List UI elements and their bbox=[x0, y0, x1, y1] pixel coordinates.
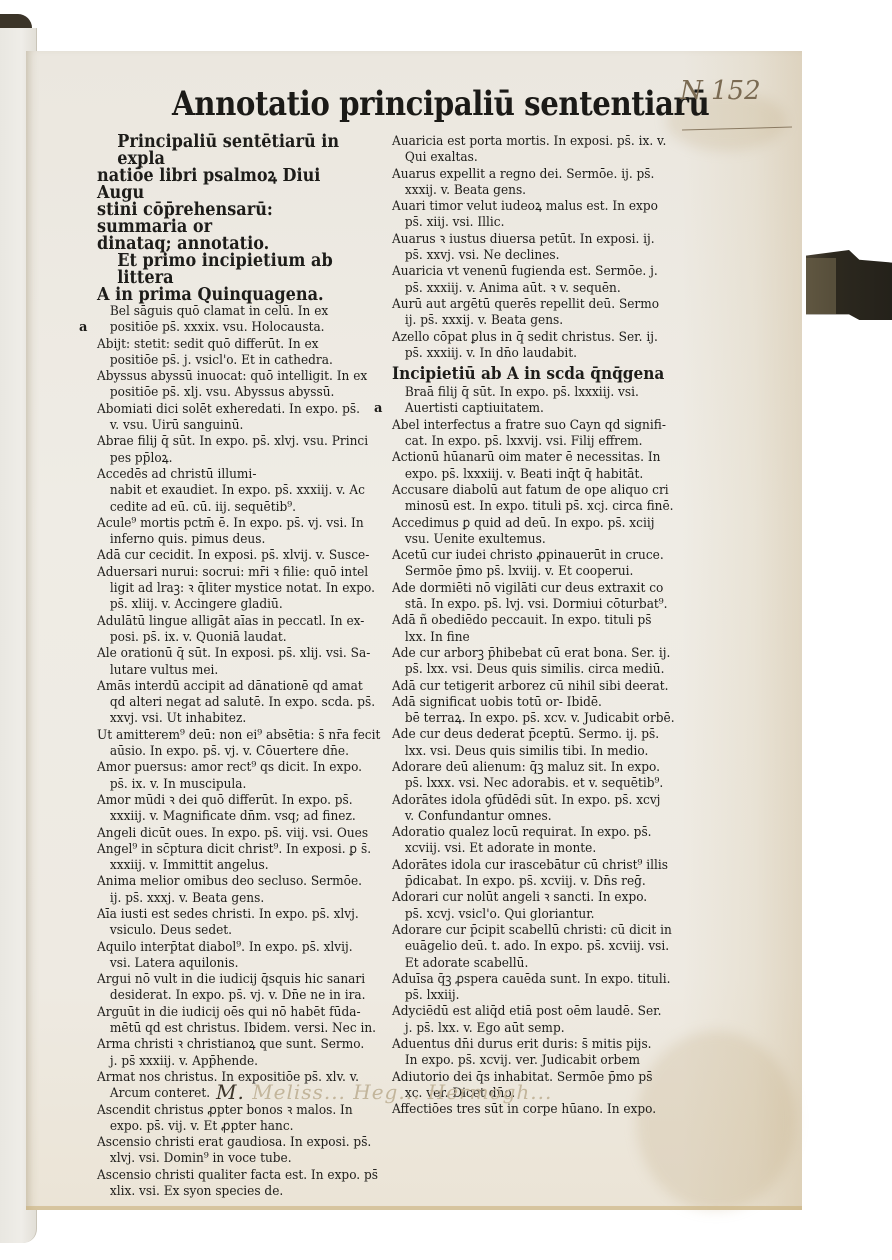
right-bottom-entries-list: aBraā filij q̄ sūt. In expo. ps̄. lxxxii… bbox=[392, 385, 667, 1118]
entry-first-line: Aduersari nurui: socrui: mr̄i ꝛ filie: q… bbox=[97, 565, 345, 581]
index-entry: Azello cōpat ꝑlus in q̄ sedit christus. … bbox=[392, 330, 667, 363]
index-entry: Argui nō vult in die iudicij q̄squis hic… bbox=[97, 972, 367, 1005]
left-entries-list: aBel sāguis quō clamat in celū. In expos… bbox=[97, 304, 367, 1200]
entry-continuation-line: xxxiij. v. Immittit angelus. bbox=[97, 858, 345, 874]
entry-continuation-line: ps̄. lxxiij. bbox=[392, 988, 645, 1004]
entry-first-line: Adyciēdū est aliq̄d etiā post oēm laudē.… bbox=[392, 1004, 645, 1020]
entry-continuation-line: lxx. vsi. Deus quis similis tibi. In med… bbox=[392, 744, 645, 760]
index-entry: Adā cur tetigerit arborez cū nihil sibi … bbox=[392, 679, 667, 695]
index-entry: aBraā filij q̄ sūt. In expo. ps̄. lxxxii… bbox=[392, 385, 667, 418]
left-column: Principaliū sentētiarū in expla natiōe l… bbox=[97, 134, 367, 1200]
entry-continuation-line: xxvj. vsi. Ut inhabitez. bbox=[97, 711, 345, 727]
index-entry: Arma christi ꝛ christianoꝝ que sunt. Ser… bbox=[97, 1037, 367, 1070]
index-entry: Aīa iusti est sedes christi. In expo. ps… bbox=[97, 907, 367, 940]
entry-continuation-line: vsi. Latera aquilonis. bbox=[97, 956, 345, 972]
entry-first-line: Aduīsa q̄ꝫ ꝓspera cauēda sunt. In expo. … bbox=[392, 972, 645, 988]
entry-continuation-line: lutare vultus mei. bbox=[97, 663, 345, 679]
entry-continuation-line: xlvj. vsi. Domin⁹ in voce tube. bbox=[97, 1151, 345, 1167]
index-entry: Adorātes idola cur irascebātur cū christ… bbox=[392, 858, 667, 891]
index-entry: Abyssus abyssū inuocat: quō intelligit. … bbox=[97, 369, 367, 402]
entry-first-line: Azello cōpat ꝑlus in q̄ sedit christus. … bbox=[392, 330, 645, 346]
entry-first-line: Bel sāguis quō clamat in celū. In ex bbox=[97, 304, 345, 320]
index-entry: Angeli dicūt oues. In expo. ps̄. viij. v… bbox=[97, 826, 367, 842]
index-entry: Aduentus dn̄i durus erit duris: s̄ mitis… bbox=[392, 1037, 667, 1070]
entry-continuation-line: lxx. In fine bbox=[392, 630, 645, 646]
entry-continuation-line: ps̄. ix. v. In muscipula. bbox=[97, 777, 345, 793]
entry-first-line: Ale orationū q̄ sūt. In exposi. ps̄. xli… bbox=[97, 646, 345, 662]
entry-continuation-line: positiōe ps̄. xxxix. vsu. Holocausta. bbox=[97, 320, 345, 336]
entry-first-line: Ascensio christi qualiter facta est. In … bbox=[97, 1168, 345, 1184]
entry-continuation-line: xcviij. vsi. Et adorate in monte. bbox=[392, 841, 645, 857]
entry-first-line: Accusare diabolū aut fatum de ope aliquo… bbox=[392, 483, 645, 499]
entry-continuation-line: j. ps̄. lxx. v. Ego aūt semp. bbox=[392, 1021, 645, 1037]
entry-first-line: Aquilo interp̄tat diabol⁹. In expo. ps̄.… bbox=[97, 940, 345, 956]
entry-first-line: Braā filij q̄ sūt. In expo. ps̄. lxxxiij… bbox=[392, 385, 645, 401]
index-entry: Abel interfectus a fratre suo Cayn qd si… bbox=[392, 418, 667, 451]
entry-first-line: Acetū cur iudei christo ꝓpinauerūt in cr… bbox=[392, 548, 645, 564]
entry-continuation-line: euāgelio deū. t. ado. In expo. ps̄. xcvi… bbox=[392, 939, 645, 955]
entry-continuation-line: ps̄. xliij. v. Accingere gladiū. bbox=[97, 597, 345, 613]
index-entry: Abijt: stetit: sedit quō differūt. In ex… bbox=[97, 337, 367, 370]
entry-continuation-line: vsu. Uenite exultemus. bbox=[392, 532, 645, 548]
index-entry: Adā cur cecidit. In exposi. ps̄. xlvij. … bbox=[97, 548, 367, 564]
entry-continuation-line: Et adorate scabellū. bbox=[392, 956, 645, 972]
entry-first-line: Abijt: stetit: sedit quō differūt. In ex bbox=[97, 337, 345, 353]
entry-continuation-line: Auertisti captiuitatem. bbox=[392, 401, 645, 417]
entry-first-line: Ade cur arborꝫ p̄hibebat cū erat bona. S… bbox=[392, 646, 645, 662]
entry-first-line: Adorare cur p̄cipit scabellū christi: cū… bbox=[392, 923, 645, 939]
entry-continuation-line: aūsio. In expo. ps̄. vj. v. Cōuertere dn… bbox=[97, 744, 345, 760]
index-entry: Actionū hūanarū oim mater ē necessitas. … bbox=[392, 450, 667, 483]
entry-first-line: Accedimus ꝑ quid ad deū. In expo. ps̄. x… bbox=[392, 516, 645, 532]
intro-line: natiōe libri psalmoꝝ Diui Augu bbox=[97, 168, 368, 202]
entry-continuation-line: expo. ps̄. lxxxiij. v. Beati inq̄t q̄ ha… bbox=[392, 467, 645, 483]
entry-first-line: Actionū hūanarū oim mater ē necessitas. … bbox=[392, 450, 645, 466]
entry-continuation-line: positiōe ps̄. xlj. vsu. Abyssus abyssū. bbox=[97, 385, 345, 401]
entry-first-line: Ascendit christus ꝓpter bonos ꝛ malos. I… bbox=[97, 1103, 345, 1119]
signature-faded: Meliss... Heg... Hermogh... bbox=[252, 1080, 552, 1104]
entry-first-line: Angeli dicūt oues. In expo. ps̄. viij. v… bbox=[97, 826, 345, 842]
intro-line: Principaliū sentētiarū in expla bbox=[97, 134, 368, 168]
index-entry: Auarus expellit a regno dei. Sermōe. ij.… bbox=[392, 167, 667, 200]
index-entry: Accusare diabolū aut fatum de ope aliquo… bbox=[392, 483, 667, 516]
entry-continuation-line: desiderat. In expo. ps̄. vj. v. Dn̄e ne … bbox=[97, 988, 345, 1004]
entry-continuation-line: p̄dicabat. In expo. ps̄. xcviij. v. Dn̄s… bbox=[392, 874, 645, 890]
entry-first-line: Adulātū lingue alligāt aīas in peccatl. … bbox=[97, 614, 345, 630]
entry-continuation-line: mētū qd est christus. Ibidem. versi. Nec… bbox=[97, 1021, 345, 1037]
entry-continuation-line: bē terraꝝ. In expo. ps̄. xcv. v. Judicab… bbox=[392, 711, 645, 727]
intro-paragraph: Principaliū sentētiarū in expla natiōe l… bbox=[97, 134, 368, 304]
entry-continuation-line: vsiculo. Deus sedet. bbox=[97, 923, 345, 939]
index-entry: Adorare deū alienum: q̄ꝫ maluz sit. In e… bbox=[392, 760, 667, 793]
index-entry: Adorare cur p̄cipit scabellū christi: cū… bbox=[392, 923, 667, 972]
index-entry: Abrae filij q̄ sūt. In expo. ps̄. xlvj. … bbox=[97, 434, 367, 467]
clasp-plate bbox=[806, 258, 836, 314]
entry-continuation-line: ligit ad lraꝫ: ꝛ q̄liter mystice notat. … bbox=[97, 581, 345, 597]
index-entry: Adorātes idola ꝯfūdēdi sūt. In expo. ps̄… bbox=[392, 793, 667, 826]
entry-first-line: Acule⁹ mortis pctm̄ ē. In expo. ps̄. vj.… bbox=[97, 516, 345, 532]
right-top-entries-list: Auaricia est porta mortis. In exposi. ps… bbox=[392, 134, 667, 362]
entry-first-line: Arma christi ꝛ christianoꝝ que sunt. Ser… bbox=[97, 1037, 345, 1053]
entry-continuation-line: stā. In expo. ps̄. lvj. vsi. Dormiui cōt… bbox=[392, 597, 645, 613]
entry-continuation-line: ps̄. lxx. vsi. Deus quis similis. circa … bbox=[392, 662, 645, 678]
entry-first-line: Abomiati dici solēt exheredati. In expo.… bbox=[97, 402, 345, 418]
entry-continuation-line: cat. In expo. ps̄. lxxvij. vsi. Filij ef… bbox=[392, 434, 645, 450]
index-entry: Aurū aut argētū querēs repellit deū. Ser… bbox=[392, 297, 667, 330]
intro-line: stini cōp̄rehensarū: summaria or bbox=[97, 202, 368, 236]
entry-continuation-line: inferno quis. pimus deus. bbox=[97, 532, 345, 548]
page-title: Annotatio principaliū sententiarū bbox=[172, 84, 709, 124]
entry-first-line: Adā cur cecidit. In exposi. ps̄. xlvij. … bbox=[97, 548, 345, 564]
entry-continuation-line: In expo. ps̄. xcvij. ver. Judicabit orbe… bbox=[392, 1053, 645, 1069]
index-entry: Ascensio christi qualiter facta est. In … bbox=[97, 1168, 367, 1201]
entry-continuation-line: minosū est. In expo. tituli ps̄. xcj. ci… bbox=[392, 499, 645, 515]
index-entry: Abomiati dici solēt exheredati. In expo.… bbox=[97, 402, 367, 435]
entry-first-line: Adorare deū alienum: q̄ꝫ maluz sit. In e… bbox=[392, 760, 645, 776]
entry-first-line: Adorari cur nolūt angeli ꝛ sancti. In ex… bbox=[392, 890, 645, 906]
signature-ink: M. bbox=[216, 1080, 252, 1104]
entry-continuation-line: Sermōe p̄mo ps̄. lxviij. v. Et cooperui. bbox=[392, 564, 645, 580]
entry-continuation-line: ps̄. xxxiij. v. Anima aūt. ꝛ v. sequēn. bbox=[392, 281, 645, 297]
entry-first-line: Abyssus abyssū inuocat: quō intelligit. … bbox=[97, 369, 345, 385]
index-entry: Adulātū lingue alligāt aīas in peccatl. … bbox=[97, 614, 367, 647]
index-entry: Aquilo interp̄tat diabol⁹. In expo. ps̄.… bbox=[97, 940, 367, 973]
index-entry: Adā ñ obediēdo peccauit. In expo. tituli… bbox=[392, 613, 667, 646]
entry-first-line: Amor mūdi ꝛ dei quō differūt. In expo. p… bbox=[97, 793, 345, 809]
entry-continuation-line: positiōe ps̄. j. vsicl'o. Et in cathedra… bbox=[97, 353, 345, 369]
entry-first-line: Aurū aut argētū querēs repellit deū. Ser… bbox=[392, 297, 645, 313]
letter-marker: a bbox=[79, 320, 87, 336]
index-entry: Ade cur arborꝫ p̄hibebat cū erat bona. S… bbox=[392, 646, 667, 679]
index-entry: Ade cur deus dederat p̄ceptū. Sermo. ij.… bbox=[392, 727, 667, 760]
entry-continuation-line: ps̄. xxxiij. v. In dn̄o laudabit. bbox=[392, 346, 645, 362]
entry-continuation-line: posi. ps̄. ix. v. Quoniā laudat. bbox=[97, 630, 345, 646]
marginal-note-text: N 152 bbox=[680, 76, 761, 106]
index-entry: Aduersari nurui: socrui: mr̄i ꝛ filie: q… bbox=[97, 565, 367, 614]
marginal-note: N 152 bbox=[680, 76, 761, 106]
entry-continuation-line: pes pp̄loꝝ. bbox=[97, 451, 345, 467]
index-entry: Auaricia vt venenū fugienda est. Sermōe.… bbox=[392, 264, 667, 297]
entry-continuation-line: ps̄. xxvj. vsi. Ne declines. bbox=[392, 248, 645, 264]
entry-continuation-line: v. Confundantur omnes. bbox=[392, 809, 645, 825]
entry-continuation-line: ps̄. xiij. vsi. Illic. bbox=[392, 215, 645, 231]
entry-first-line: Adā cur tetigerit arborez cū nihil sibi … bbox=[392, 679, 645, 695]
index-entry: Adā significat uobis totū or- Ibidē.bē t… bbox=[392, 695, 667, 728]
entry-first-line: Angel⁹ in sc̄ptura dicit christ⁹. In exp… bbox=[97, 842, 345, 858]
entry-continuation-line: ps̄. lxxx. vsi. Nec adorabis. et v. sequ… bbox=[392, 776, 645, 792]
entry-first-line: Adā significat uobis totū or- Ibidē. bbox=[392, 695, 645, 711]
entry-first-line: Ade cur deus dederat p̄ceptū. Sermo. ij.… bbox=[392, 727, 645, 743]
entry-first-line: Affectiōes tres sūt in corpe hūano. In e… bbox=[392, 1102, 645, 1118]
index-entry: Amor mūdi ꝛ dei quō differūt. In expo. p… bbox=[97, 793, 367, 826]
index-entry: Affectiōes tres sūt in corpe hūano. In e… bbox=[392, 1102, 667, 1118]
section-heading-line: Et primo incipietium ab littera bbox=[97, 253, 368, 287]
entry-first-line: Anima melior omibus deo secluso. Sermōe. bbox=[97, 874, 345, 890]
entry-first-line: Abrae filij q̄ sūt. In expo. ps̄. xlvj. … bbox=[97, 434, 345, 450]
entry-first-line: Amor puersus: amor rect⁹ qs dicit. In ex… bbox=[97, 760, 345, 776]
entry-first-line: Amās interdū accipit ad dānationē qd ama… bbox=[97, 679, 345, 695]
entry-continuation-line: expo. ps̄. vij. v. Et ꝓpter hanc. bbox=[97, 1119, 345, 1135]
entry-first-line: Auaricia vt venenū fugienda est. Sermōe.… bbox=[392, 264, 645, 280]
index-entry: Ade dormiēti nō vigilāti cur deus extrax… bbox=[392, 581, 667, 614]
index-entry: aBel sāguis quō clamat in celū. In expos… bbox=[97, 304, 367, 337]
entry-continuation-line: qd alteri negat ad salutē. In expo. scda… bbox=[97, 695, 345, 711]
index-entry: Ale orationū q̄ sūt. In exposi. ps̄. xli… bbox=[97, 646, 367, 679]
entry-continuation-line: cedite ad eū. cū. iij. sequētib⁹. bbox=[97, 500, 345, 516]
entry-continuation-line: Qui exaltas. bbox=[392, 150, 645, 166]
letter-marker: a bbox=[374, 401, 382, 417]
index-entry: Auaricia est porta mortis. In exposi. ps… bbox=[392, 134, 667, 167]
index-entry: Angel⁹ in sc̄ptura dicit christ⁹. In exp… bbox=[97, 842, 367, 875]
section-heading-line: A in prima Quinquagena. bbox=[97, 287, 368, 304]
index-entry: Ascensio christi erat gaudiosa. In expos… bbox=[97, 1135, 367, 1168]
index-entry: Amor puersus: amor rect⁹ qs dicit. In ex… bbox=[97, 760, 367, 793]
entry-first-line: Aduentus dn̄i durus erit duris: s̄ mitis… bbox=[392, 1037, 645, 1053]
index-entry: Arguūt in die iudicij oēs qui nō habēt f… bbox=[97, 1005, 367, 1038]
entry-first-line: Auari timor velut iudeoꝝ malus est. In e… bbox=[392, 199, 645, 215]
handwritten-signature: M. Meliss... Heg... Hermogh... bbox=[216, 1080, 552, 1104]
entry-first-line: Accedēs ad christū illumi- bbox=[97, 467, 345, 483]
index-entry: Acule⁹ mortis pctm̄ ē. In expo. ps̄. vj.… bbox=[97, 516, 367, 549]
entry-continuation-line: xlix. vsi. Ex syon species de. bbox=[97, 1184, 345, 1200]
entry-first-line: Ascensio christi erat gaudiosa. In expos… bbox=[97, 1135, 345, 1151]
entry-first-line: Auarus expellit a regno dei. Sermōe. ij.… bbox=[392, 167, 645, 183]
entry-continuation-line: ij. ps̄. xxxj. v. Beata gens. bbox=[97, 891, 345, 907]
index-entry: Auari timor velut iudeoꝝ malus est. In e… bbox=[392, 199, 667, 232]
entry-continuation-line: j. ps̄ xxxiij. v. App̄hende. bbox=[97, 1054, 345, 1070]
entry-first-line: Adorātes idola cur irascebātur cū christ… bbox=[392, 858, 645, 874]
entry-continuation-line: ij. ps̄. xxxij. v. Beata gens. bbox=[392, 313, 645, 329]
index-entry: Adyciēdū est aliq̄d etiā post oēm laudē.… bbox=[392, 1004, 667, 1037]
entry-first-line: Adoratio qualez locū requirat. In expo. … bbox=[392, 825, 645, 841]
entry-continuation-line: xxxiij. v. Magnificate dn̄m. vsq; ad fin… bbox=[97, 809, 345, 825]
entry-continuation-line: nabit et exaudiet. In expo. ps̄. xxxiij.… bbox=[97, 483, 345, 499]
page-edge-bottom bbox=[26, 1206, 802, 1210]
right-column: Auaricia est porta mortis. In exposi. ps… bbox=[392, 134, 667, 1119]
second-section-heading: Incipietiū ab A in scda q̄nq̄gena bbox=[392, 366, 667, 383]
index-entry: Ut amitterem⁹ deū: non ei⁹ absētia: s̄ n… bbox=[97, 728, 367, 761]
index-entry: Accedimus ꝑ quid ad deū. In expo. ps̄. x… bbox=[392, 516, 667, 549]
entry-first-line: Auaricia est porta mortis. In exposi. ps… bbox=[392, 134, 645, 150]
entry-first-line: Aīa iusti est sedes christi. In expo. ps… bbox=[97, 907, 345, 923]
index-entry: Aduīsa q̄ꝫ ꝓspera cauēda sunt. In expo. … bbox=[392, 972, 667, 1005]
entry-first-line: Auarus ꝛ iustus diuersa petūt. In exposi… bbox=[392, 232, 645, 248]
index-entry: Auarus ꝛ iustus diuersa petūt. In exposi… bbox=[392, 232, 667, 265]
index-entry: Anima melior omibus deo secluso. Sermōe.… bbox=[97, 874, 367, 907]
entry-first-line: Adā ñ obediēdo peccauit. In expo. tituli… bbox=[392, 613, 645, 629]
entry-first-line: Ut amitterem⁹ deū: non ei⁹ absētia: s̄ n… bbox=[97, 728, 345, 744]
entry-first-line: Argui nō vult in die iudicij q̄squis hic… bbox=[97, 972, 345, 988]
index-entry: Ascendit christus ꝓpter bonos ꝛ malos. I… bbox=[97, 1103, 367, 1136]
entry-first-line: Abel interfectus a fratre suo Cayn qd si… bbox=[392, 418, 645, 434]
entry-first-line: Ade dormiēti nō vigilāti cur deus extrax… bbox=[392, 581, 645, 597]
entry-continuation-line: xxxij. v. Beata gens. bbox=[392, 183, 645, 199]
index-entry: Amās interdū accipit ad dānationē qd ama… bbox=[97, 679, 367, 728]
entry-continuation-line: v. vsu. Uirū sanguinū. bbox=[97, 418, 345, 434]
entry-first-line: Arguūt in die iudicij oēs qui nō habēt f… bbox=[97, 1005, 345, 1021]
index-entry: Adorari cur nolūt angeli ꝛ sancti. In ex… bbox=[392, 890, 667, 923]
entry-first-line: Adorātes idola ꝯfūdēdi sūt. In expo. ps̄… bbox=[392, 793, 645, 809]
entry-continuation-line: ps̄. xcvj. vsicl'o. Qui gloriantur. bbox=[392, 907, 645, 923]
index-entry: Adoratio qualez locū requirat. In expo. … bbox=[392, 825, 667, 858]
index-entry: Accedēs ad christū illumi-nabit et exaud… bbox=[97, 467, 367, 516]
index-entry: Acetū cur iudei christo ꝓpinauerūt in cr… bbox=[392, 548, 667, 581]
